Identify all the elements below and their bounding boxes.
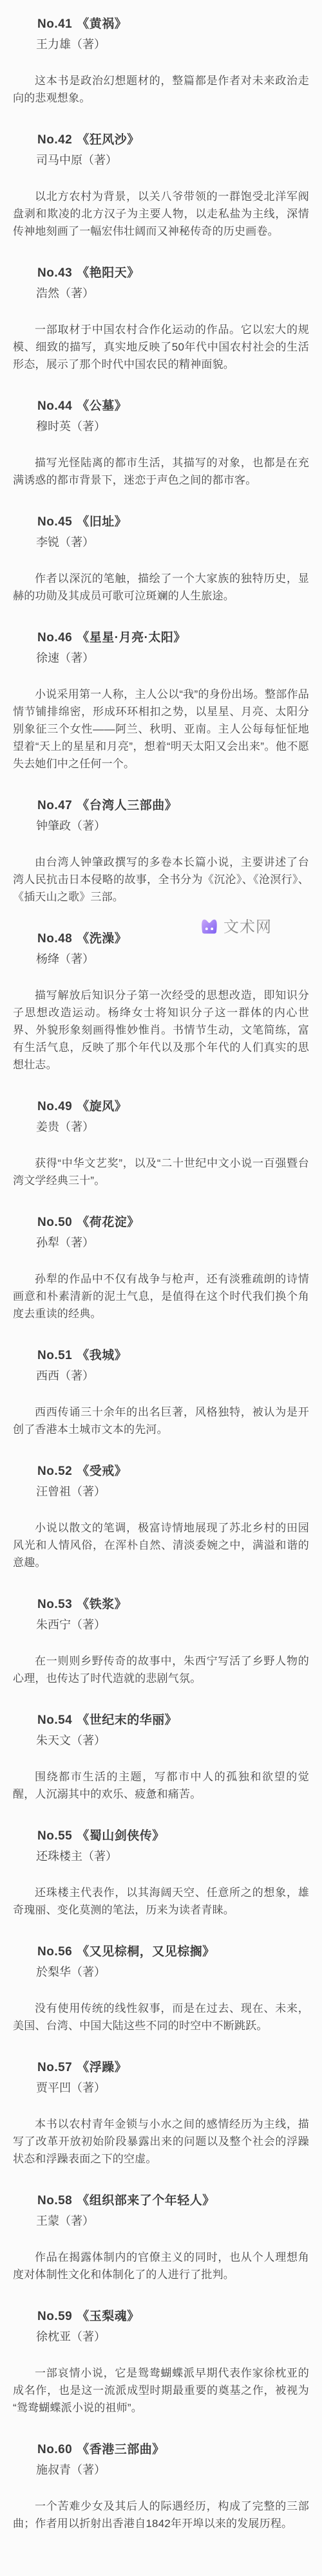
- book-author: 王蒙（著）: [13, 2212, 309, 2230]
- book-title-line: No.49《旋风》: [13, 1098, 309, 1116]
- book-author: 西西（著）: [13, 1367, 309, 1385]
- article-page: No.41《黄祸》 王力雄（著） 这本书是政治幻想题材的，整篇都是作者对未来政治…: [0, 0, 322, 2576]
- book-title-line: No.41《黄祸》: [13, 15, 309, 33]
- book-author: 孙犁（著）: [13, 1234, 309, 1252]
- book-number: No.45: [37, 515, 72, 529]
- book-description: 没有使用传统的线性叙事，而是在过去、现在、未来，美国、台湾、中国大陆这些不同的时…: [13, 2000, 309, 2034]
- book-name: 《狂风沙》: [77, 133, 140, 147]
- book-description: 本书以农村青年金锁与小水之间的感情经历为主线，描写了改革开放初始阶段暴露出来的问…: [13, 2115, 309, 2168]
- book-author: 杨绛（著）: [13, 950, 309, 968]
- book-title-line: No.47《台湾人三部曲》: [13, 797, 309, 815]
- book-title-line: No.48《洗澡》: [13, 930, 309, 948]
- book-description: 以北方农村为背景，以关八爷带领的一群饱受北洋军阀盘剥和欺凌的北方汉子为主要人物，…: [13, 188, 309, 240]
- book-entry: No.55《蜀山剑侠传》 还珠楼主（著） 还珠楼主代表作，以其海阔天空、任意所之…: [13, 1827, 309, 1919]
- book-name: 《台湾人三部曲》: [77, 799, 177, 812]
- book-number: No.56: [37, 1945, 72, 1959]
- book-title-line: No.44《公墓》: [13, 397, 309, 416]
- book-author: 浩然（著）: [13, 284, 309, 302]
- book-title-line: No.60《香港三部曲》: [13, 2441, 309, 2459]
- book-entry: No.45《旧址》 李锐（著） 作者以深沉的笔触，描绘了一个大家族的独特历史，显…: [13, 513, 309, 605]
- book-list: No.41《黄祸》 王力雄（著） 这本书是政治幻想题材的，整篇都是作者对未来政治…: [13, 15, 309, 2532]
- book-number: No.49: [37, 1100, 72, 1113]
- book-number: No.48: [37, 932, 72, 945]
- book-author: 王力雄（著）: [13, 35, 309, 53]
- book-number: No.60: [37, 2443, 72, 2456]
- book-author: 汪曾祖（著）: [13, 1483, 309, 1501]
- book-author: 朱西宁（著）: [13, 1616, 309, 1634]
- book-entry: No.56《又见棕桐，又见棕搁》 於梨华（著） 没有使用传统的线性叙事，而是在过…: [13, 1943, 309, 2034]
- book-entry: No.43《艳阳天》 浩然（著） 一部取材于中国农村合作化运动的作品。它以宏大的…: [13, 264, 309, 373]
- book-description: 围绕都市生活的主题，写都市中人的孤独和欲望的觉醒，人沉溺其中的欢乐、疲惫和痛苦。: [13, 1768, 309, 1803]
- book-name: 《香港三部曲》: [77, 2443, 165, 2456]
- book-entry: No.50《荷花淀》 孙犁（著） 孙犁的作品中不仅有战争与枪声，还有淡雅疏朗的诗…: [13, 1214, 309, 1322]
- book-author: 还珠楼主（著）: [13, 1847, 309, 1865]
- book-name: 《艳阳天》: [77, 266, 140, 280]
- book-name: 《公墓》: [77, 399, 127, 413]
- book-number: No.42: [37, 133, 72, 147]
- book-description: 小说采用第一人称，主人公以“我”的身份出场。整部作品情节铺排绵密，形成环环相扣之…: [13, 686, 309, 772]
- book-author: 钟肇政（著）: [13, 817, 309, 835]
- book-description: 这本书是政治幻想题材的，整篇都是作者对未来政治走向的悲观想象。: [13, 72, 309, 107]
- book-description: 一个苦难少女及其后人的际遇经历，构成了完整的三部曲；作者用以折射出香港自1842…: [13, 2498, 309, 2532]
- book-entry: No.51《我城》 西西（著） 西西传诵三十余年的出名巨著，风格独特，被认为是开…: [13, 1347, 309, 1438]
- book-title-line: No.45《旧址》: [13, 513, 309, 531]
- book-number: No.58: [37, 2194, 72, 2207]
- book-name: 《世纪末的华丽》: [77, 1713, 177, 1727]
- book-title-line: No.43《艳阳天》: [13, 264, 309, 282]
- book-title-line: No.52《受戒》: [13, 1463, 309, 1481]
- book-title-line: No.54《世纪末的华丽》: [13, 1712, 309, 1730]
- book-entry: No.48《洗澡》 杨绛（著） 描写解放后知识分子第一次经受的思想改造，即知识分…: [13, 930, 309, 1073]
- book-number: No.46: [37, 631, 72, 644]
- book-title-line: No.53《铁浆》: [13, 1596, 309, 1614]
- book-author: 姜贵（著）: [13, 1118, 309, 1136]
- book-title-line: No.50《荷花淀》: [13, 1214, 309, 1232]
- book-title-line: No.58《组织部来了个年轻人》: [13, 2192, 309, 2210]
- book-entry: No.59《玉梨魂》 徐枕亚（著） 一部哀情小说，它是鸳鸯蝴蝶派早期代表作家徐枕…: [13, 2308, 309, 2416]
- book-entry: No.60《香港三部曲》 施叔青（著） 一个苦难少女及其后人的际遇经历，构成了完…: [13, 2441, 309, 2532]
- book-name: 《受戒》: [77, 1465, 127, 1478]
- book-description: 一部取材于中国农村合作化运动的作品。它以宏大的规模、细致的描写，真实地反映了50…: [13, 321, 309, 373]
- book-name: 《旋风》: [77, 1100, 127, 1113]
- book-description: 作品在揭露体制内的官僚主义的同时，也从个人理想角度对体制性文化和体制化了的人进行…: [13, 2249, 309, 2283]
- book-entry: No.53《铁浆》 朱西宁（著） 在一则则乡野传奇的故事中，朱西宁写活了乡野人物…: [13, 1596, 309, 1687]
- book-number: No.50: [37, 1216, 72, 1229]
- book-entry: No.42《狂风沙》 司马中原（著） 以北方农村为背景，以关八爷带领的一群饱受北…: [13, 131, 309, 240]
- book-description: 一部哀情小说，它是鸳鸯蝴蝶派早期代表作家徐枕亚的成名作，也是这一流派成型时期最重…: [13, 2364, 309, 2416]
- book-name: 《洗澡》: [77, 932, 127, 945]
- book-author: 李锐（著）: [13, 533, 309, 551]
- book-name: 《荷花淀》: [77, 1216, 140, 1229]
- book-author: 於梨华（著）: [13, 1963, 309, 1981]
- book-number: No.52: [37, 1465, 72, 1478]
- book-author: 徐速（著）: [13, 649, 309, 667]
- book-entry: No.54《世纪末的华丽》 朱天文（著） 围绕都市生活的主题，写都市中人的孤独和…: [13, 1712, 309, 1803]
- book-number: No.57: [37, 2061, 72, 2074]
- book-description: 描写解放后知识分子第一次经受的思想改造，即知识分子思想改造运动。杨绛女士将知识分…: [13, 987, 309, 1073]
- book-name: 《旧址》: [77, 515, 127, 529]
- book-title-line: No.42《狂风沙》: [13, 131, 309, 149]
- book-description: 孙犁的作品中不仅有战争与枪声，还有淡雅疏朗的诗情画意和朴素清新的泥土气息，是值得…: [13, 1270, 309, 1322]
- book-title-line: No.59《玉梨魂》: [13, 2308, 309, 2326]
- book-author: 朱天文（著）: [13, 1731, 309, 1749]
- book-name: 《铁浆》: [77, 1598, 127, 1611]
- book-title-line: No.55《蜀山剑侠传》: [13, 1827, 309, 1845]
- book-title-line: No.51《我城》: [13, 1347, 309, 1365]
- book-title-line: No.57《浮躁》: [13, 2059, 309, 2077]
- book-name: 《蜀山剑侠传》: [77, 1829, 165, 1843]
- book-name: 《黄祸》: [77, 17, 127, 31]
- book-entry: No.44《公墓》 穆时英（著） 描写光怪陆离的都市生活，其描写的对象，也都是在…: [13, 397, 309, 489]
- book-name: 《又见棕桐，又见棕搁》: [77, 1945, 215, 1959]
- book-number: No.59: [37, 2310, 72, 2323]
- book-number: No.51: [37, 1349, 72, 1362]
- book-entry: No.46《星星·月亮·太阳》 徐速（著） 小说采用第一人称，主人公以“我”的身…: [13, 629, 309, 772]
- book-name: 《浮躁》: [77, 2061, 127, 2074]
- book-entry: No.49《旋风》 姜贵（著） 获得“中华文艺奖”，以及“二十世纪中文小说一百强…: [13, 1098, 309, 1189]
- book-author: 穆时英（著）: [13, 417, 309, 435]
- book-name: 《玉梨魂》: [77, 2310, 140, 2323]
- book-entry: No.57《浮躁》 贾平凹（著） 本书以农村青年金锁与小水之间的感情经历为主线，…: [13, 2059, 309, 2168]
- book-title-line: No.56《又见棕桐，又见棕搁》: [13, 1943, 309, 1961]
- book-author: 施叔青（著）: [13, 2461, 309, 2479]
- book-description: 西西传诵三十余年的出名巨著，风格独特，被认为是开创了香港本土城市文本的先河。: [13, 1403, 309, 1438]
- book-number: No.53: [37, 1598, 72, 1611]
- book-name: 《我城》: [77, 1349, 127, 1362]
- book-entry: No.41《黄祸》 王力雄（著） 这本书是政治幻想题材的，整篇都是作者对未来政治…: [13, 15, 309, 107]
- book-entry: No.58《组织部来了个年轻人》 王蒙（著） 作品在揭露体制内的官僚主义的同时，…: [13, 2192, 309, 2283]
- book-title-line: No.46《星星·月亮·太阳》: [13, 629, 309, 647]
- book-number: No.41: [37, 17, 72, 31]
- book-description: 在一则则乡野传奇的故事中，朱西宁写活了乡野人物的心理，也传达了时代造就的悲剧气氛…: [13, 1652, 309, 1687]
- book-name: 《星星·月亮·太阳》: [77, 631, 186, 644]
- book-description: 由台湾人钟肇政撰写的多卷本长篇小说，主要讲述了台湾人民抗击日本侵略的故事，全书分…: [13, 854, 309, 906]
- book-number: No.44: [37, 399, 72, 413]
- book-number: No.54: [37, 1713, 72, 1727]
- book-description: 获得“中华文艺奖”，以及“二十世纪中文小说一百强暨台湾文学经典三十”。: [13, 1155, 309, 1189]
- book-author: 徐枕亚（著）: [13, 2328, 309, 2346]
- book-description: 小说以散文的笔调，极富诗情地展现了苏北乡村的田园风光和人情风俗，在浑朴自然、清淡…: [13, 1519, 309, 1571]
- book-number: No.55: [37, 1829, 72, 1843]
- book-description: 作者以深沉的笔触，描绘了一个大家族的独特历史，显赫的功勋及其成员可歌可泣斑斓的人…: [13, 570, 309, 605]
- book-description: 描写光怪陆离的都市生活，其描写的对象，也都是在充满诱惑的都市背景下，迷恋于声色之…: [13, 454, 309, 489]
- book-description: 还珠楼主代表作，以其海阔天空、任意所之的想象，雄奇瑰丽、变化莫测的笔法，历来为读…: [13, 1884, 309, 1919]
- book-number: No.43: [37, 266, 72, 280]
- book-author: 贾平凹（著）: [13, 2079, 309, 2097]
- book-name: 《组织部来了个年轻人》: [77, 2194, 215, 2207]
- book-number: No.47: [37, 799, 72, 812]
- book-entry: No.52《受戒》 汪曾祖（著） 小说以散文的笔调，极富诗情地展现了苏北乡村的田…: [13, 1463, 309, 1571]
- book-author: 司马中原（著）: [13, 151, 309, 169]
- book-entry: No.47《台湾人三部曲》 钟肇政（著） 由台湾人钟肇政撰写的多卷本长篇小说，主…: [13, 797, 309, 906]
